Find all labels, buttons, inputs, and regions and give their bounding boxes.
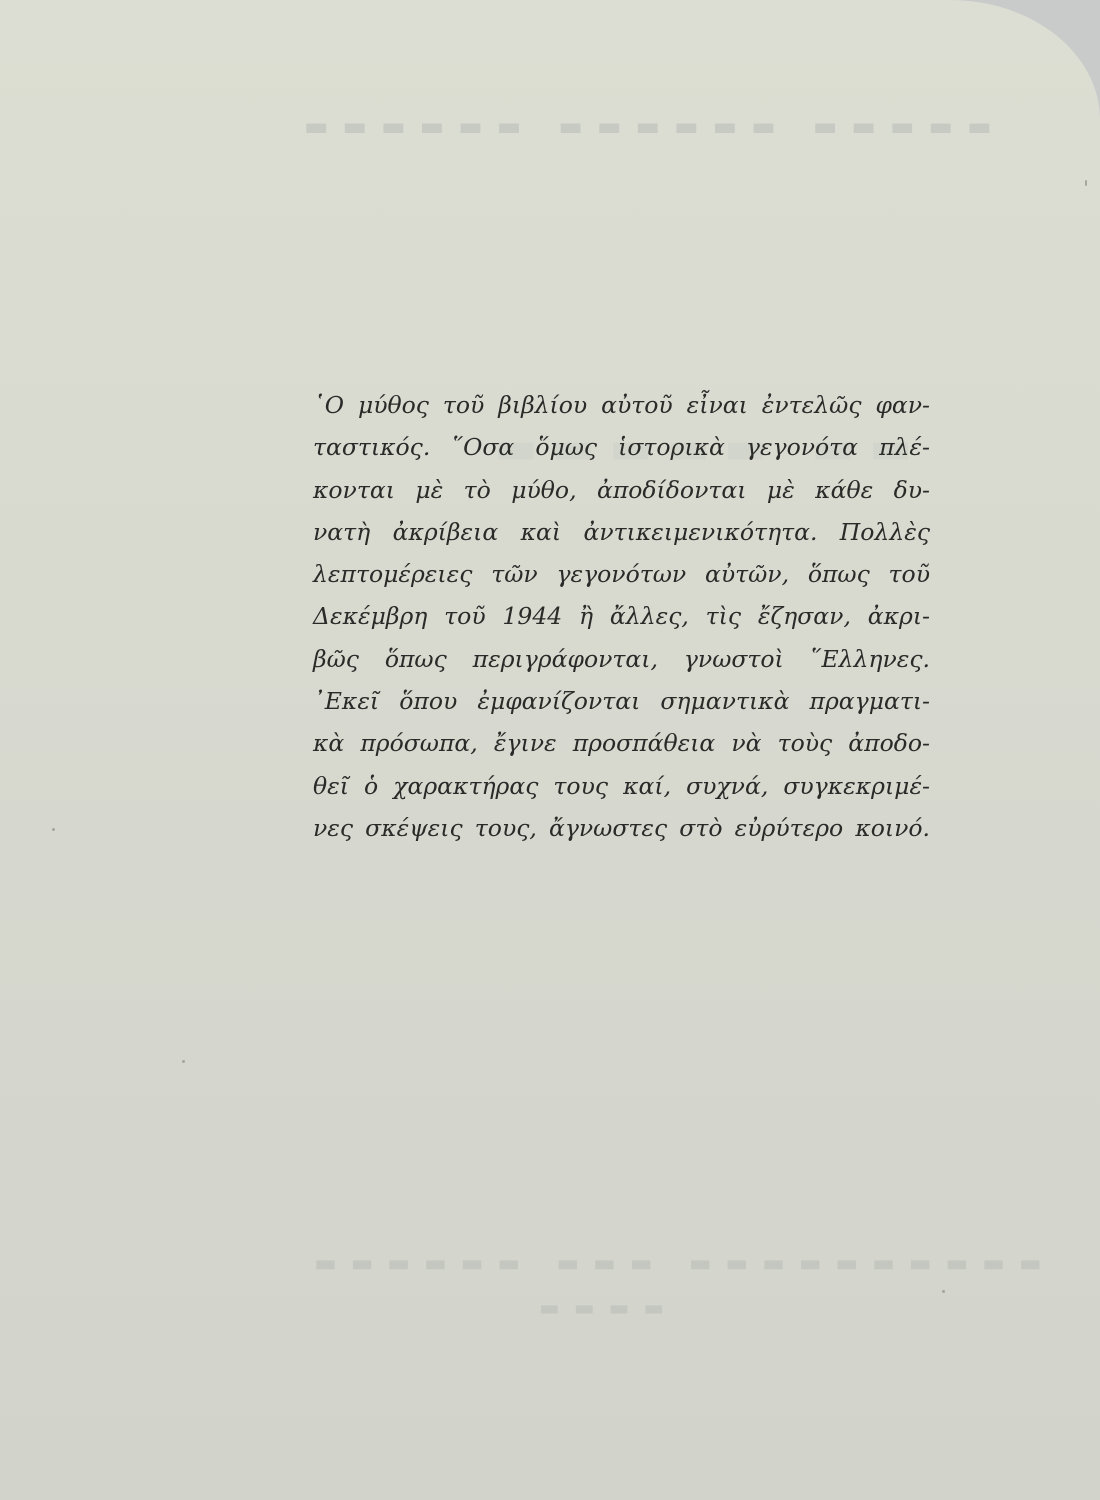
show-through-header: ▬▬▬▬▬ ▬▬▬▬▬▬ ▬▬▬▬▬▬ [290,112,992,142]
text-line: ῾Ο μύθος τοῦ βιβλίου αὐτοῦ εἶναι ἐντελῶς… [313,384,930,426]
show-through-publisher: ▬▬▬▬▬▬▬▬▬▬ ▬▬▬ ▬▬▬▬▬▬ [300,1248,1042,1277]
text-line: κονται μὲ τὸ μύθο, ἀποδίδονται μὲ κάθε δ… [313,469,930,511]
text-line: ταστικός. ῞Οσα ὅμως ἱστορικὰ γεγονότα πλ… [313,426,930,468]
text-line: βῶς ὅπως περιγράφονται, γνωστοὶ ῞Ελληνες… [313,638,930,680]
text-line: Δεκέμβρη τοῦ 1944 ἢ ἄλλες, τὶς ἔζησαν, ἀ… [313,595,930,637]
text-line: θεῖ ὁ χαρακτήρας τους καί, συχνά, συγκεκ… [313,765,930,807]
text-line: νες σκέψεις τους, ἄγνωστες στὸ εὐρύτερο … [313,807,930,849]
book-page: ▬▬▬▬▬ ▬▬▬▬▬▬ ▬▬▬▬▬▬ ▬▬ ▬▬▬▬▬ ▬▬▬▬▬▬▬▬▬▬ … [0,0,1100,1500]
paper-speck [52,828,55,831]
paper-speck [1085,180,1087,186]
text-line: νατὴ ἀκρίβεια καὶ ἀντικειμενικότητα. Πολ… [313,511,930,553]
text-line: ᾿Εκεῖ ὅπου ἐμφανίζονται σημαντικὰ πραγμα… [313,680,930,722]
show-through-year: ▬▬▬▬ [525,1295,664,1321]
text-line: λεπτομέρειες τῶν γεγονότων αὐτῶν, ὅπως τ… [313,553,930,595]
text-line: κὰ πρόσωπα, ἔγινε προσπάθεια νὰ τοὺς ἀπο… [313,722,930,764]
preface-note-paragraph: ῾Ο μύθος τοῦ βιβλίου αὐτοῦ εἶναι ἐντελῶς… [313,384,930,849]
paper-speck [942,1290,945,1293]
paper-speck [182,1060,185,1063]
